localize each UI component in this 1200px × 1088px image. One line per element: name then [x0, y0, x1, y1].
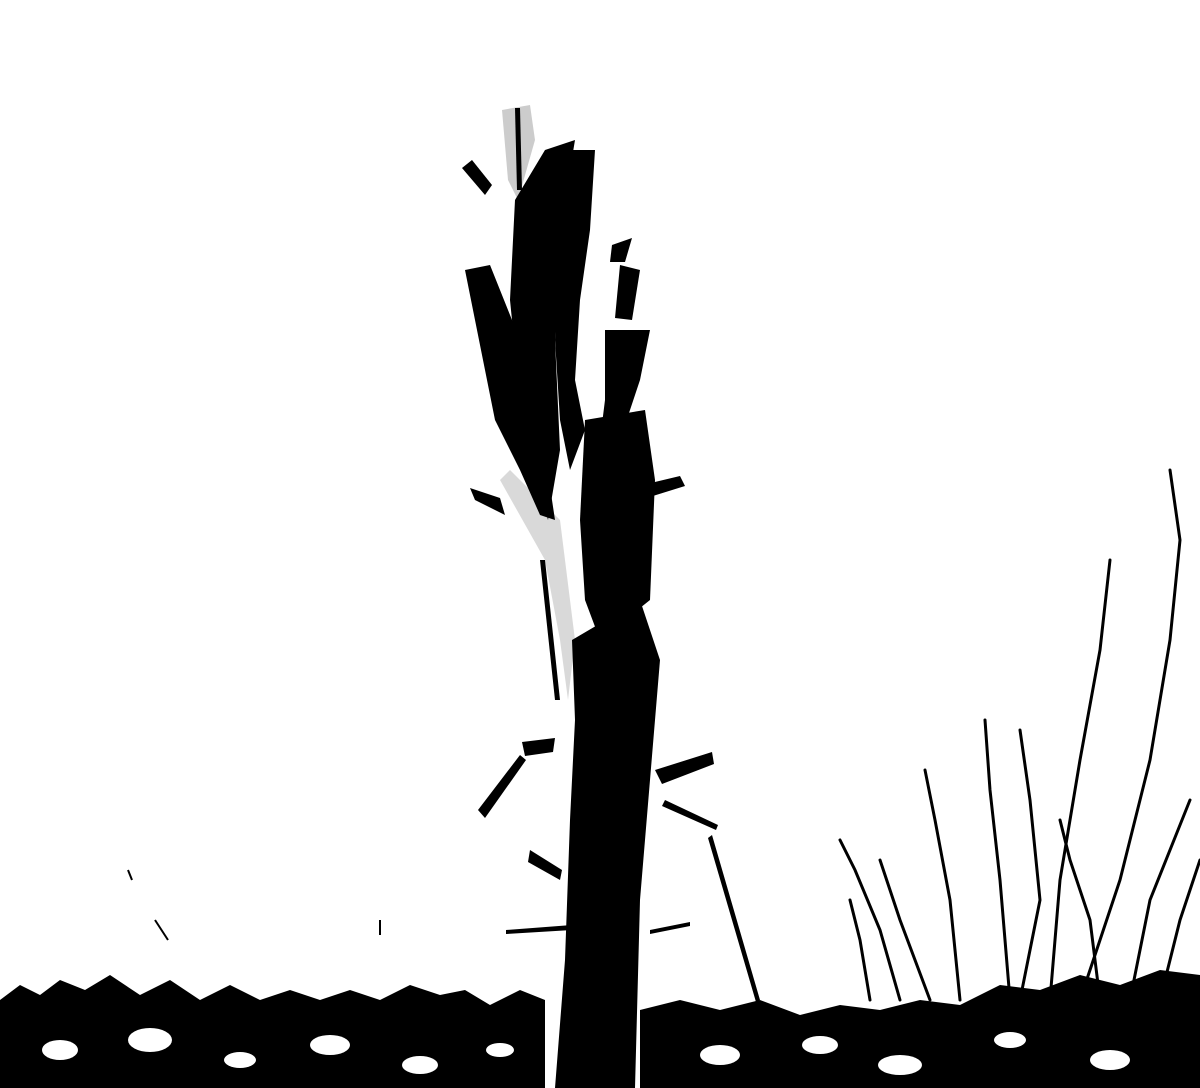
tree-photo-svg — [0, 0, 1200, 1088]
photo-canvas: Dead tree trunk with broken branch stump… — [0, 0, 1200, 1088]
